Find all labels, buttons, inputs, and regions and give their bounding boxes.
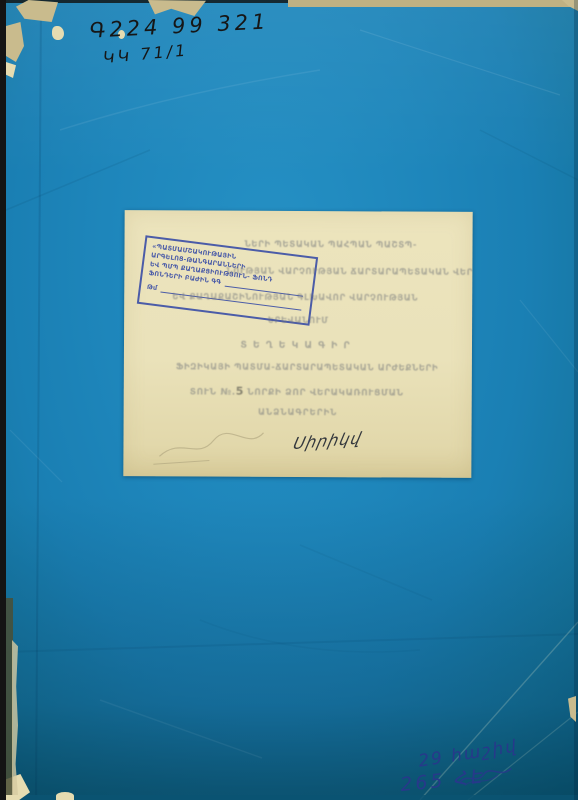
typed-line-4: ԵՐԵՎԱՆՈՒՄ	[124, 315, 472, 327]
house-number: 5	[236, 385, 244, 398]
stamp-line5: Թմ	[146, 283, 157, 293]
typed-line-8: ԱՆՁՆԱԳՐԵՐԻՆ	[124, 407, 472, 419]
title-label: «ՊԱՏՄԱՄՇԱԿՈՒԹԱՅԻՆ ԱՐԳԵԼՈՑ-ԹԱՆԳԱՐԱՆՆԵՐԻ Ե…	[123, 210, 472, 478]
scan-edge-right	[574, 0, 578, 800]
typed-line-3: ԵՎ ՔԱՂԱՔԱՇԻՆՈՒԹՅԱՆ ԳԼԽԱՎՈՐ ՎԱՐՉՈՒԹՅԱՆ	[172, 292, 418, 303]
typed-line-5-title: ՏԵՂԵԿԱԳԻՐ	[124, 339, 472, 352]
pencil-scribble	[151, 422, 281, 471]
house-line-pre: ՏՈՒՆ №.	[190, 387, 236, 397]
scanned-cover: Գ224 99 321 ԿԿ 71/1 «ՊԱՏՄԱՄՇԱԿՈՒԹԱՅԻՆ ԱՐ…	[0, 0, 578, 800]
handwritten-codes: Գ224 99 321 ԿԿ 71/1	[89, 9, 271, 64]
house-line-post: ՆՈՐՔԻ ՁՈՐ ՎԵՐԱԿԱՌՈՒՑՄԱՆ	[243, 388, 403, 399]
typed-line-2: ՆՈՒԹՅԱՆ ՎԱՐՉՈՒԹՅԱՆ ՃԱՐՏԱՐԱՊԵՏԱԿԱՆ ՎԵՐԱԿ-	[226, 267, 472, 278]
scan-edge-bottom	[6, 795, 578, 800]
torn-patch	[56, 792, 74, 800]
handwritten-signature: Սիրիկվ	[291, 428, 364, 453]
worn-top-edge	[288, 0, 578, 7]
handwritten-notes-bottom: 29 հաշիվ 265 ՀԷ	[400, 744, 518, 790]
spine-wear-band	[6, 598, 13, 795]
typed-line-7-house: ՏՈՒՆ №.5 ՆՈՐՔԻ ՁՈՐ ՎԵՐԱԿԱՌՈՒՑՄԱՆ	[190, 384, 404, 398]
typed-line-1: ՆԵՐԻ ՊԵՏԱԿԱՆ ՊԱՀՊԱՆ ՊԱՇՏՊ-	[244, 240, 417, 251]
torn-patch	[52, 26, 64, 40]
typed-line-6: ՖԻԶԻԿԱՅԻ ՊԱՏՄԱ-ՃԱՐՏԱՐԱՊԵՏԱԿԱՆ ԱՐԺԵՔՆԵՐԻ	[176, 362, 438, 373]
